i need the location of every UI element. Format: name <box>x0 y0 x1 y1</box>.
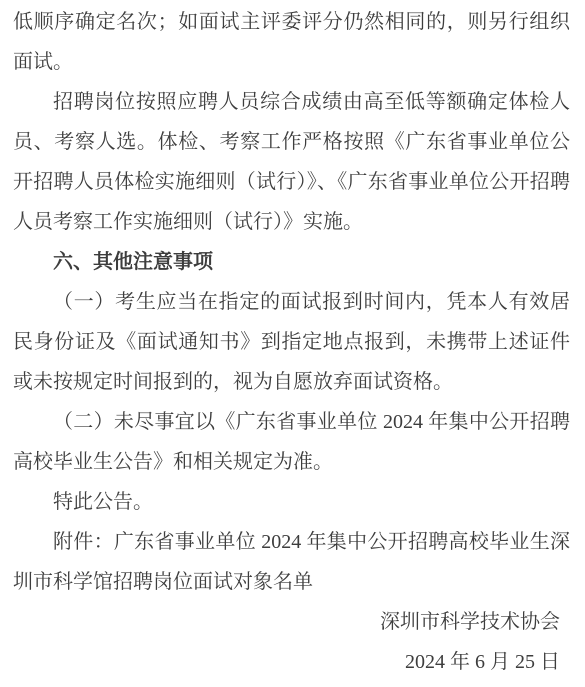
continuation-paragraph: 低顺序确定名次；如面试主评委评分仍然相同的，则另行组织面试。 <box>13 2 570 82</box>
document-page: 低顺序确定名次；如面试主评委评分仍然相同的，则另行组织面试。 招聘岗位按照应聘人… <box>0 0 585 687</box>
note-item-2: （二）未尽事宜以《广东省事业单位 2024 年集中公开招聘高校毕业生公告》和相关… <box>13 402 570 482</box>
attachment-note: 附件：广东省事业单位 2024 年集中公开招聘高校毕业生深圳市科学馆招聘岗位面试… <box>13 522 570 602</box>
note-item-1: （一）考生应当在指定的面试报到时间内，凭本人有效居民身份证及《面试通知书》到指定… <box>13 282 570 402</box>
issue-date: 2024 年 6 月 25 日 <box>13 642 570 682</box>
paragraph-recruitment-procedure: 招聘岗位按照应聘人员综合成绩由高至低等额确定体检人员、考察人选。体检、考察工作严… <box>13 82 570 242</box>
section-heading-other-notes: 六、其他注意事项 <box>13 242 570 282</box>
issuer-signature: 深圳市科学技术协会 <box>13 602 570 642</box>
closing-statement: 特此公告。 <box>13 482 570 522</box>
